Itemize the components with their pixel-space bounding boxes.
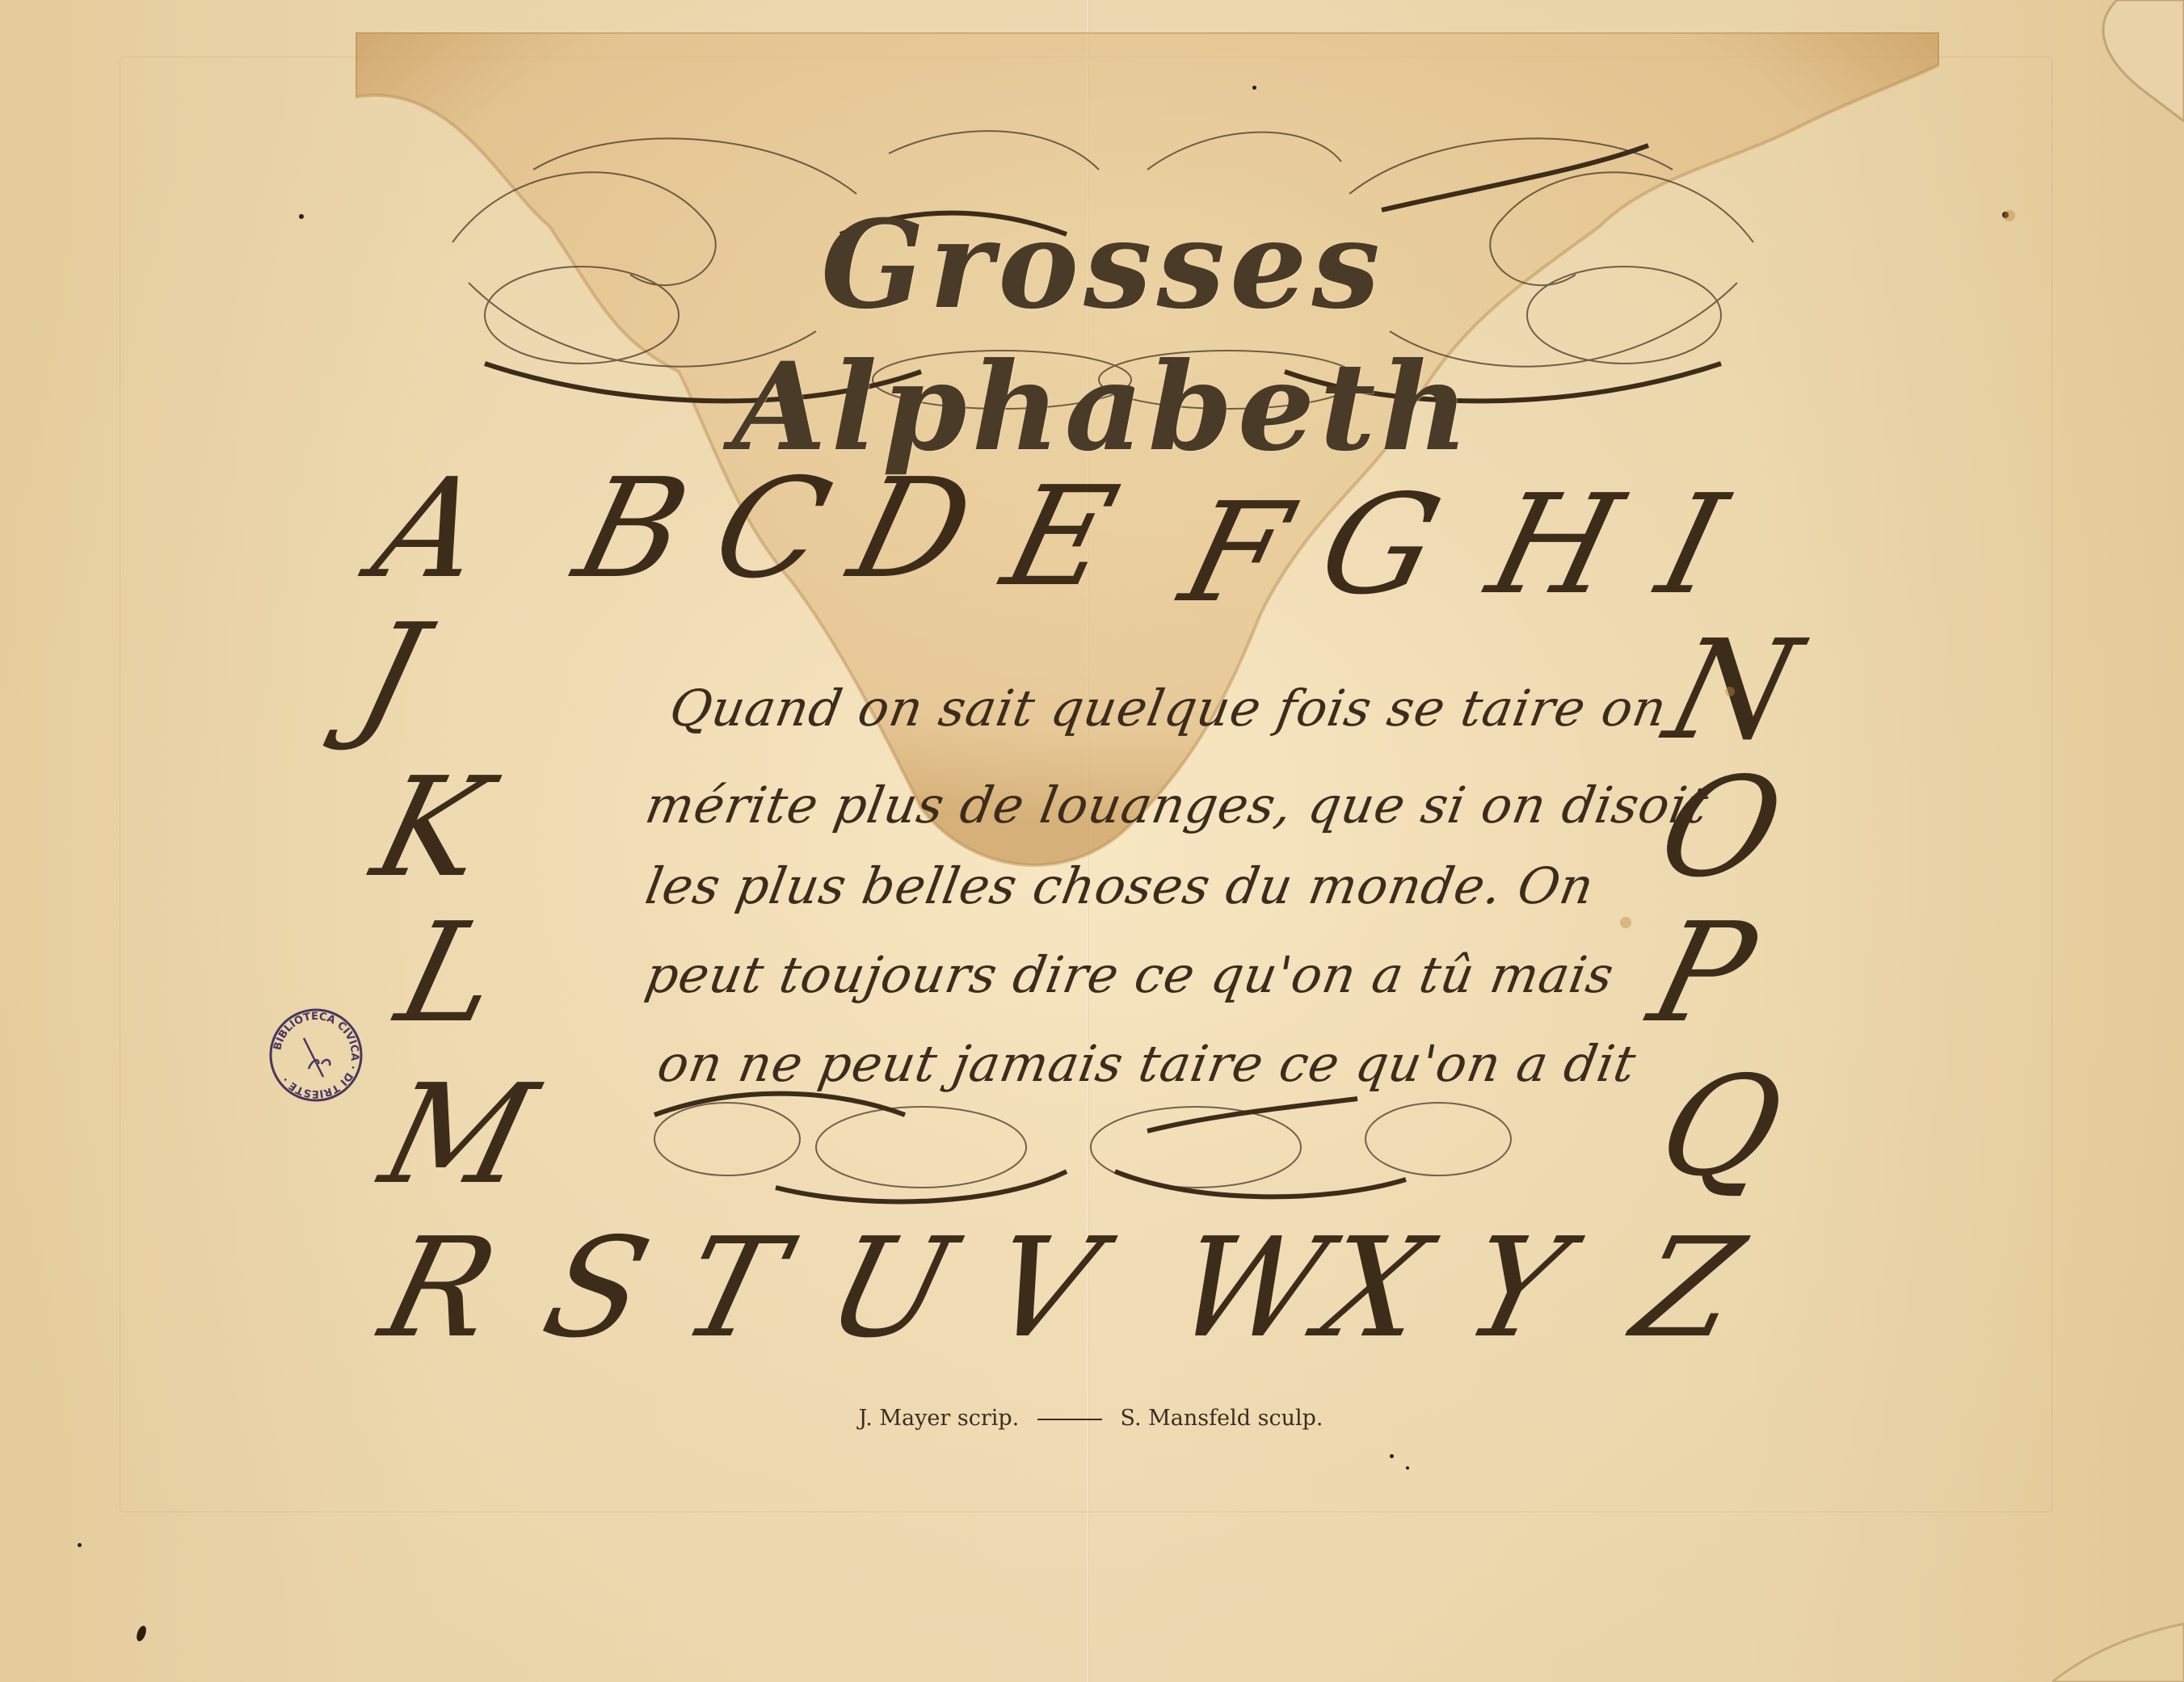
lower-flourishes: [630, 1083, 1535, 1212]
foxing-spot: [2004, 210, 2015, 221]
ink-speck: [299, 214, 304, 219]
foxing-spot: [1620, 917, 1631, 928]
ink-speck: [1406, 1466, 1409, 1470]
stamp-text: BIBLIOTECA CIVICA · DI TRIESTE ·: [271, 1011, 360, 1100]
maxim-line-3: les plus belles choses du monde. On: [642, 856, 1599, 915]
svg-text:BIBLIOTECA CIVICA · DI TRIESTE: BIBLIOTECA CIVICA · DI TRIESTE ·: [271, 1011, 360, 1100]
library-stamp: BIBLIOTECA CIVICA · DI TRIESTE ·: [267, 1006, 365, 1104]
credits-divider: [1037, 1419, 1102, 1420]
ink-speck: [1252, 86, 1256, 90]
maxim-line-1: Quand on sait quelque fois se taire on: [666, 679, 1672, 738]
foxing-spot: [1725, 687, 1735, 696]
scribe-credit: J. Mayer scrip.: [859, 1406, 1020, 1431]
engraving-credits: J. Mayer scrip. S. Mansfeld sculp.: [808, 1406, 1374, 1431]
maxim-line-4: peut toujours dire ce qu'on a tû mais: [642, 945, 1619, 1004]
torn-corner-top-right: [2093, 0, 2184, 129]
torn-corner-bottom-right: [2052, 1608, 2184, 1682]
ink-speck: [1390, 1454, 1394, 1458]
page-title: Grosses Alphabeth: [436, 194, 1770, 478]
maxim-line-2: mérite plus de louanges, que si on disoi…: [642, 776, 1714, 835]
ink-speck: [78, 1543, 82, 1547]
title-block: Grosses Alphabeth: [436, 121, 1770, 420]
halberd-icon: [304, 1038, 330, 1077]
engraver-credit: S. Mansfeld sculp.: [1120, 1406, 1323, 1431]
